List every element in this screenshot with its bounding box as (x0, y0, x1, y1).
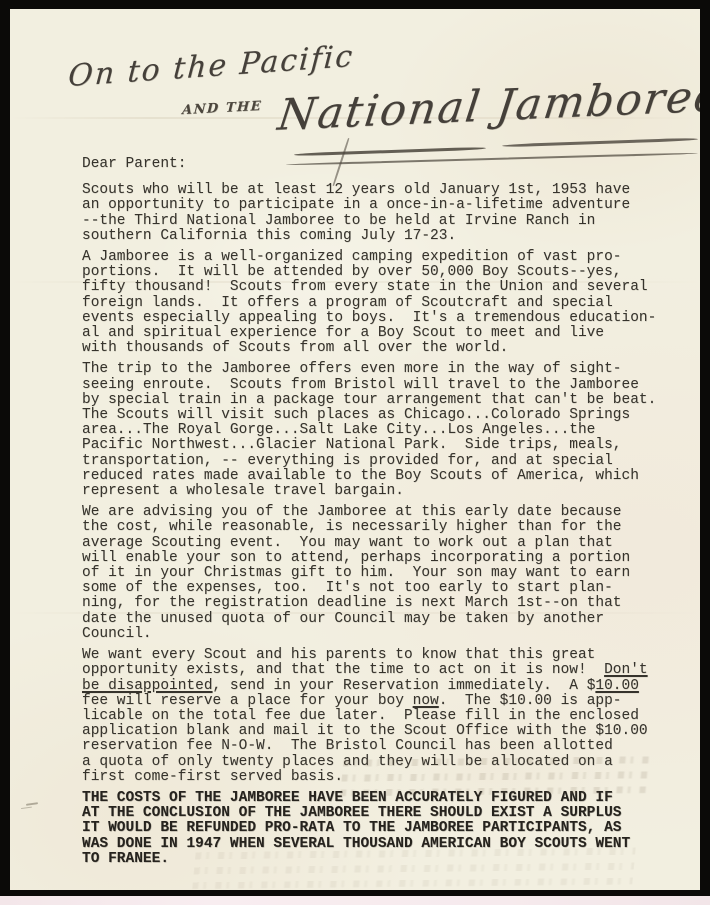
margin-pencil-mark (26, 802, 38, 806)
handwritten-headline-and-the: AND THE (182, 99, 263, 118)
letter-paper: On to the Pacific AND THE National Jambo… (10, 9, 700, 890)
salutation: Dear Parent: (82, 157, 688, 172)
handwritten-headline-national-jamboree: National Jamboree (275, 71, 700, 141)
underline-flourish (294, 147, 486, 157)
paragraph: We are advising you of the Jamboree at t… (82, 505, 688, 642)
paragraph: Scouts who will be at least 12 years old… (82, 183, 688, 244)
scan-edge-strip (0, 896, 710, 905)
paragraph: A Jamboree is a well-organized camping e… (82, 250, 688, 356)
paragraph: The trip to the Jamboree offers even mor… (82, 362, 688, 499)
letter-frame: On to the Pacific AND THE National Jambo… (0, 0, 710, 905)
ink-bleedthrough (192, 847, 636, 890)
ink-bleedthrough (340, 749, 652, 796)
handwritten-headline-on-to-the-pacific: On to the Pacific (67, 39, 355, 94)
underline-flourish (502, 138, 698, 148)
